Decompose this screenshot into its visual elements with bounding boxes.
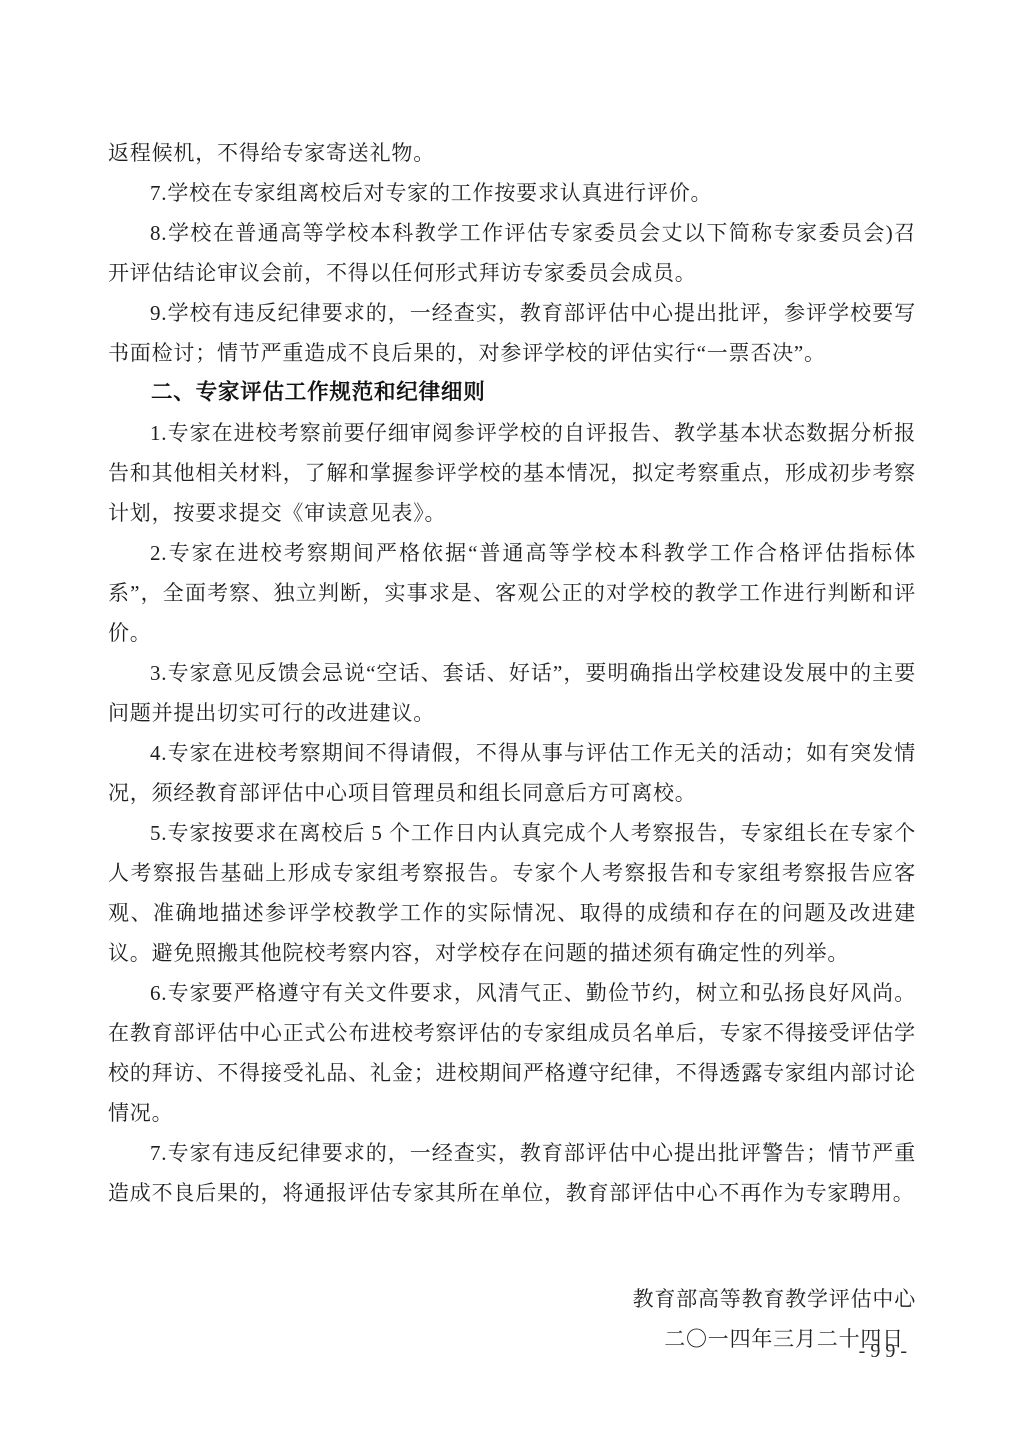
page-number: -99-: [859, 1340, 912, 1362]
signature-block: 教育部高等教育教学评估中心 二〇一四年三月二十四日: [108, 1279, 916, 1359]
paragraph-rule-3: 3.专家意见反馈会忌说“空话、套话、好话”，要明确指出学校建设发展中的主要问题并…: [108, 653, 916, 733]
paragraph-item-7: 7.学校在专家组离校后对专家的工作按要求认真进行评价。: [108, 173, 916, 213]
paragraph-rule-7: 7.专家有违反纪律要求的，一经查实，教育部评估中心提出批评警告；情节严重造成不良…: [108, 1133, 916, 1213]
paragraph-rule-2: 2.专家在进校考察期间严格依据“普通高等学校本科教学工作合格评估指标体系”，全面…: [108, 533, 916, 653]
signature-date: 二〇一四年三月二十四日: [108, 1319, 916, 1359]
paragraph-rule-5: 5.专家按要求在离校后 5 个工作日内认真完成个人考察报告，专家组长在专家个人考…: [108, 813, 916, 973]
paragraph-rule-1: 1.专家在进校考察前要仔细审阅参评学校的自评报告、教学基本状态数据分析报告和其他…: [108, 413, 916, 533]
paragraph-item-9: 9.学校有违反纪律要求的，一经查实，教育部评估中心提出批评，参评学校要写书面检讨…: [108, 293, 916, 373]
paragraph-continuation: 返程候机，不得给专家寄送礼物。: [108, 133, 916, 173]
signature-organization: 教育部高等教育教学评估中心: [108, 1279, 916, 1319]
paragraph-rule-6: 6.专家要严格遵守有关文件要求，风清气正、勤俭节约，树立和弘扬良好风尚。在教育部…: [108, 973, 916, 1133]
paragraph-rule-4: 4.专家在进校考察期间不得请假，不得从事与评估工作无关的活动；如有突发情况，须经…: [108, 733, 916, 813]
paragraph-item-8: 8.学校在普通高等学校本科教学工作评估专家委员会丈以下简称专家委员会)召开评估结…: [108, 213, 916, 293]
section-heading: 二、专家评估工作规范和纪律细则: [108, 373, 916, 413]
document-page: 返程候机，不得给专家寄送礼物。 7.学校在专家组离校后对专家的工作按要求认真进行…: [0, 0, 1024, 1448]
